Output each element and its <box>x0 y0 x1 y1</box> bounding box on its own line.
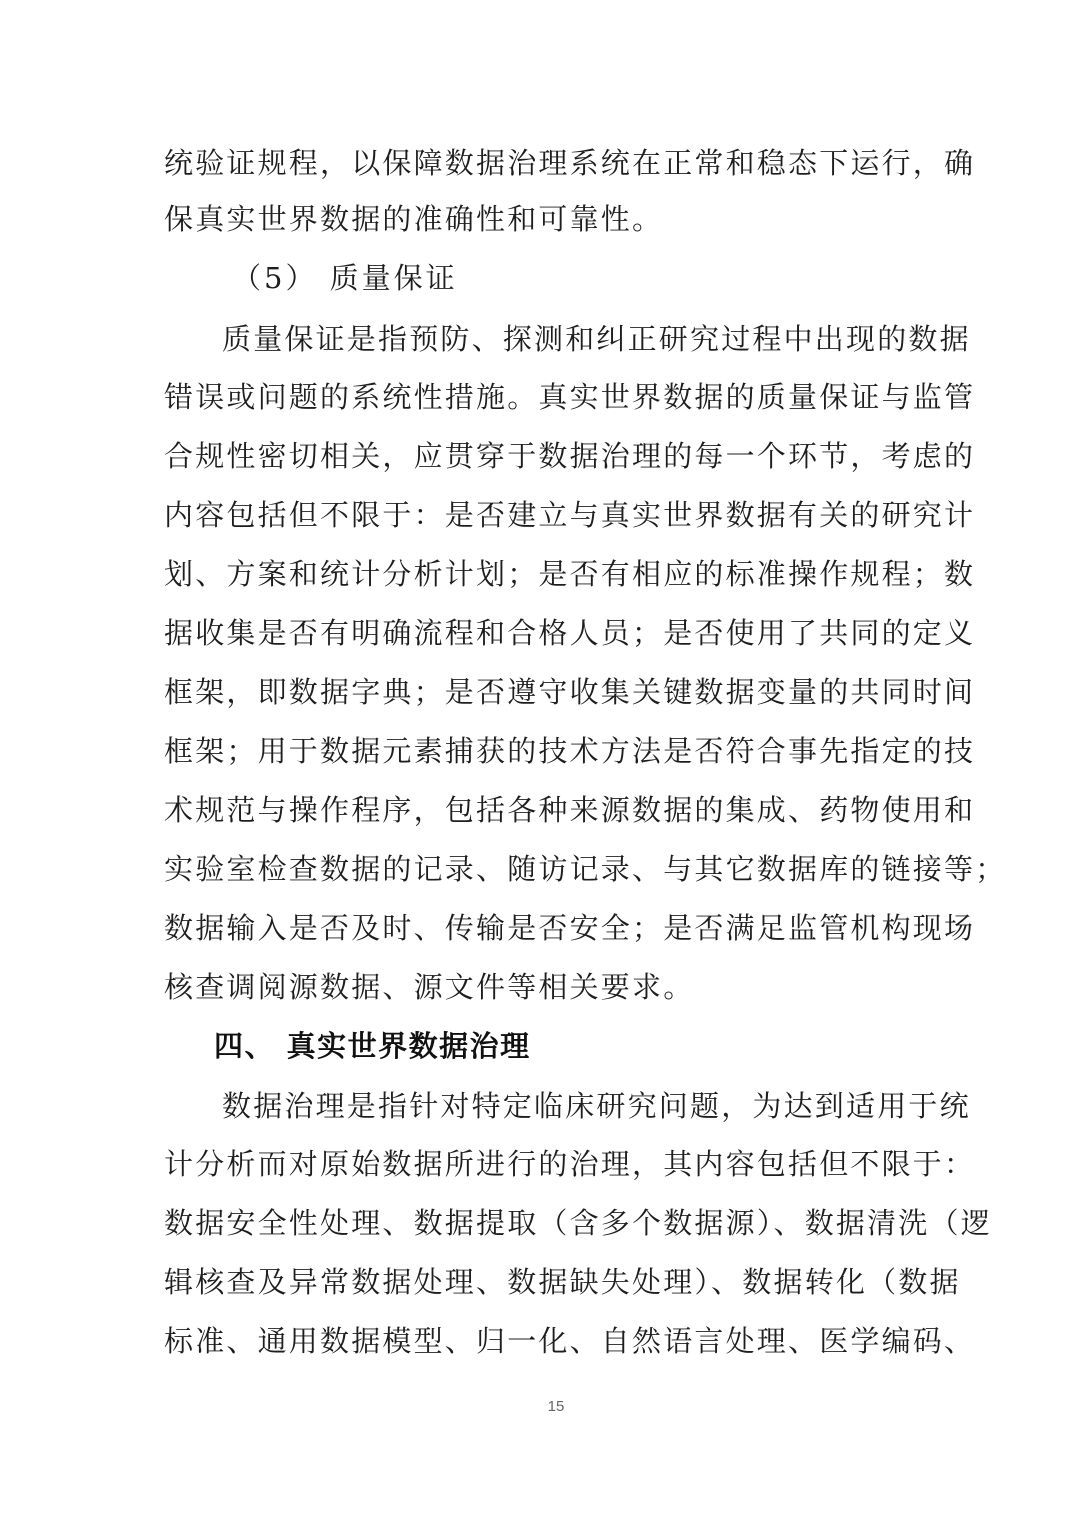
paragraph-line: 框架，即数据字典；是否遵守收集关键数据变量的共同时间 <box>164 672 920 712</box>
paragraph-line: 保真实世界数据的准确性和可靠性。 <box>164 199 920 239</box>
paragraph-line: 数据安全性处理、数据提取（含多个数据源）、数据清洗（逻 <box>164 1203 920 1243</box>
paragraph-line: 核查调阅源数据、源文件等相关要求。 <box>164 967 920 1007</box>
section-heading: 四、 真实世界数据治理 <box>214 1026 970 1066</box>
paragraph-line: 合规性密切相关，应贯穿于数据治理的每一个环节，考虑的 <box>164 436 920 476</box>
paragraph-line: 内容包括但不限于：是否建立与真实世界数据有关的研究计 <box>164 495 920 535</box>
paragraph-line: 计分析而对原始数据所进行的治理，其内容包括但不限于： <box>164 1144 920 1184</box>
paragraph-line: 框架；用于数据元素捕获的技术方法是否符合事先指定的技 <box>164 731 920 771</box>
page-number: 15 <box>0 1398 1080 1415</box>
paragraph-line: 质量保证是指预防、探测和纠正研究过程中出现的数据 <box>222 319 920 359</box>
paragraph-line: 统验证规程，以保障数据治理系统在正常和稳态下运行，确 <box>164 143 920 183</box>
paragraph-line: 数据治理是指针对特定临床研究问题，为达到适用于统 <box>222 1086 920 1126</box>
paragraph-line: 数据输入是否及时、传输是否安全；是否满足监管机构现场 <box>164 908 920 948</box>
paragraph-line: 标准、通用数据模型、归一化、自然语言处理、医学编码、 <box>164 1321 920 1361</box>
subsection-heading: （5） 质量保证 <box>232 258 988 298</box>
paragraph-line: 据收集是否有明确流程和合格人员；是否使用了共同的定义 <box>164 613 920 653</box>
paragraph-line: 术规范与操作程序，包括各种来源数据的集成、药物使用和 <box>164 790 920 830</box>
paragraph-line: 错误或问题的系统性措施。真实世界数据的质量保证与监管 <box>164 377 920 417</box>
paragraph-line: 划、方案和统计分析计划；是否有相应的标准操作规程；数 <box>164 554 920 594</box>
document-page: 统验证规程，以保障数据治理系统在正常和稳态下运行，确 保真实世界数据的准确性和可… <box>0 0 1080 1527</box>
paragraph-line: 辑核查及异常数据处理、数据缺失处理）、数据转化（数据 <box>164 1262 920 1302</box>
paragraph-line: 实验室检查数据的记录、随访记录、与其它数据库的链接等； <box>164 849 920 889</box>
